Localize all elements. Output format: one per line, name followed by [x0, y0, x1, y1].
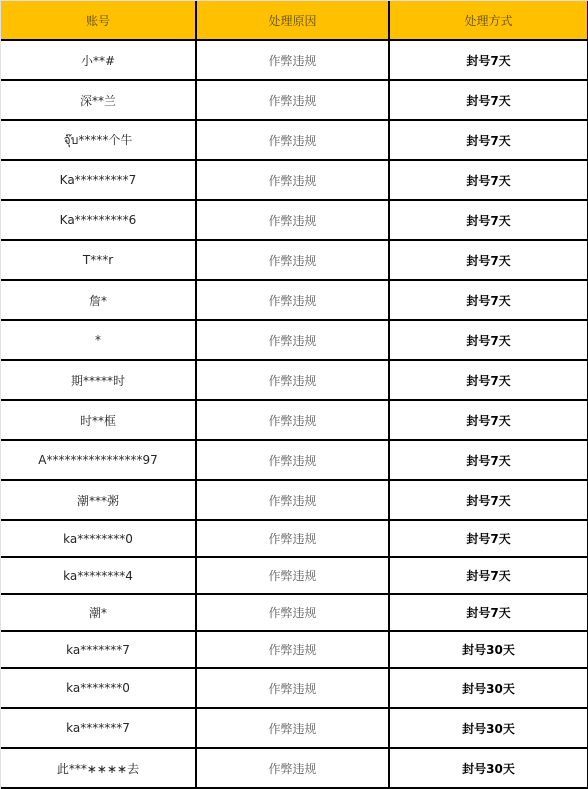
reason-cell: 作弊违规	[196, 748, 389, 788]
table-row: ka*******0 作弊违规 封号30天	[1, 668, 588, 708]
action-cell: 封号7天	[389, 440, 588, 480]
account-cell: 期*****时	[1, 360, 196, 400]
account-cell: 潮***粥	[1, 480, 196, 520]
table-row: ka*******7 作弊违规 封号30天	[1, 708, 588, 748]
account-cell: ka*******7	[1, 631, 196, 668]
reason-cell: 作弊违规	[196, 400, 389, 440]
account-cell: *	[1, 320, 196, 360]
reason-cell: 作弊违规	[196, 557, 389, 594]
account-cell: A****************97	[1, 440, 196, 480]
table-body: 小**# 作弊违规 封号7天 深**兰 作弊违规 封号7天 จุ๊บ*****个…	[1, 40, 588, 788]
table-row: 詹* 作弊违规 封号7天	[1, 280, 588, 320]
table-row: 潮* 作弊违规 封号7天	[1, 594, 588, 631]
table-row: Ka*********7 作弊违规 封号7天	[1, 160, 588, 200]
table-row: 期*****时 作弊违规 封号7天	[1, 360, 588, 400]
action-cell: 封号7天	[389, 240, 588, 280]
account-cell: T***r	[1, 240, 196, 280]
table-row: 潮***粥 作弊违规 封号7天	[1, 480, 588, 520]
action-cell: 封号30天	[389, 631, 588, 668]
table-row: T***r 作弊违规 封号7天	[1, 240, 588, 280]
account-cell: Ka*********7	[1, 160, 196, 200]
action-cell: 封号7天	[389, 360, 588, 400]
penalty-table: 账号 处理原因 处理方式 小**# 作弊违规 封号7天 深**兰 作弊违规 封号…	[1, 1, 588, 789]
account-cell: จุ๊บ*****个牛	[1, 120, 196, 160]
table-row: ka********0 作弊违规 封号7天	[1, 520, 588, 557]
reason-cell: 作弊违规	[196, 708, 389, 748]
account-cell: 时**框	[1, 400, 196, 440]
account-cell: 詹*	[1, 280, 196, 320]
account-cell: 深**兰	[1, 80, 196, 120]
reason-cell: 作弊违规	[196, 120, 389, 160]
reason-cell: 作弊违规	[196, 280, 389, 320]
action-cell: 封号7天	[389, 40, 588, 80]
table-row: ka********4 作弊违规 封号7天	[1, 557, 588, 594]
header-action: 处理方式	[389, 1, 588, 40]
table-row: จุ๊บ*****个牛 作弊违规 封号7天	[1, 120, 588, 160]
action-cell: 封号7天	[389, 200, 588, 240]
reason-cell: 作弊违规	[196, 594, 389, 631]
table-row: ka*******7 作弊违规 封号30天	[1, 631, 588, 668]
reason-cell: 作弊违规	[196, 631, 389, 668]
action-cell: 封号30天	[389, 668, 588, 708]
reason-cell: 作弊违规	[196, 320, 389, 360]
account-cell: ka********0	[1, 520, 196, 557]
table-row: 小**# 作弊违规 封号7天	[1, 40, 588, 80]
reason-cell: 作弊违规	[196, 240, 389, 280]
action-cell: 封号7天	[389, 160, 588, 200]
action-cell: 封号7天	[389, 594, 588, 631]
table-row: * 作弊违规 封号7天	[1, 320, 588, 360]
reason-cell: 作弊违规	[196, 80, 389, 120]
action-cell: 封号30天	[389, 708, 588, 748]
header-row: 账号 处理原因 处理方式	[1, 1, 588, 40]
reason-cell: 作弊违规	[196, 40, 389, 80]
action-cell: 封号7天	[389, 480, 588, 520]
table-row: 深**兰 作弊违规 封号7天	[1, 80, 588, 120]
account-cell: ka*******0	[1, 668, 196, 708]
reason-cell: 作弊违规	[196, 668, 389, 708]
table-row: 此***∗∗∗∗去 作弊违规 封号30天	[1, 748, 588, 788]
account-cell: 潮*	[1, 594, 196, 631]
account-cell: Ka*********6	[1, 200, 196, 240]
reason-cell: 作弊违规	[196, 200, 389, 240]
reason-cell: 作弊违规	[196, 440, 389, 480]
account-cell: 此***∗∗∗∗去	[1, 748, 196, 788]
header-reason: 处理原因	[196, 1, 389, 40]
action-cell: 封号30天	[389, 748, 588, 788]
action-cell: 封号7天	[389, 400, 588, 440]
action-cell: 封号7天	[389, 320, 588, 360]
action-cell: 封号7天	[389, 520, 588, 557]
action-cell: 封号7天	[389, 80, 588, 120]
reason-cell: 作弊违规	[196, 480, 389, 520]
action-cell: 封号7天	[389, 280, 588, 320]
table-row: Ka*********6 作弊违规 封号7天	[1, 200, 588, 240]
table-row: A****************97 作弊违规 封号7天	[1, 440, 588, 480]
reason-cell: 作弊违规	[196, 520, 389, 557]
account-cell: ka********4	[1, 557, 196, 594]
table-header: 账号 处理原因 处理方式	[1, 1, 588, 40]
header-account: 账号	[1, 1, 196, 40]
account-cell: 小**#	[1, 40, 196, 80]
account-cell: ka*******7	[1, 708, 196, 748]
reason-cell: 作弊违规	[196, 160, 389, 200]
reason-cell: 作弊违规	[196, 360, 389, 400]
action-cell: 封号7天	[389, 557, 588, 594]
action-cell: 封号7天	[389, 120, 588, 160]
table-row: 时**框 作弊违规 封号7天	[1, 400, 588, 440]
